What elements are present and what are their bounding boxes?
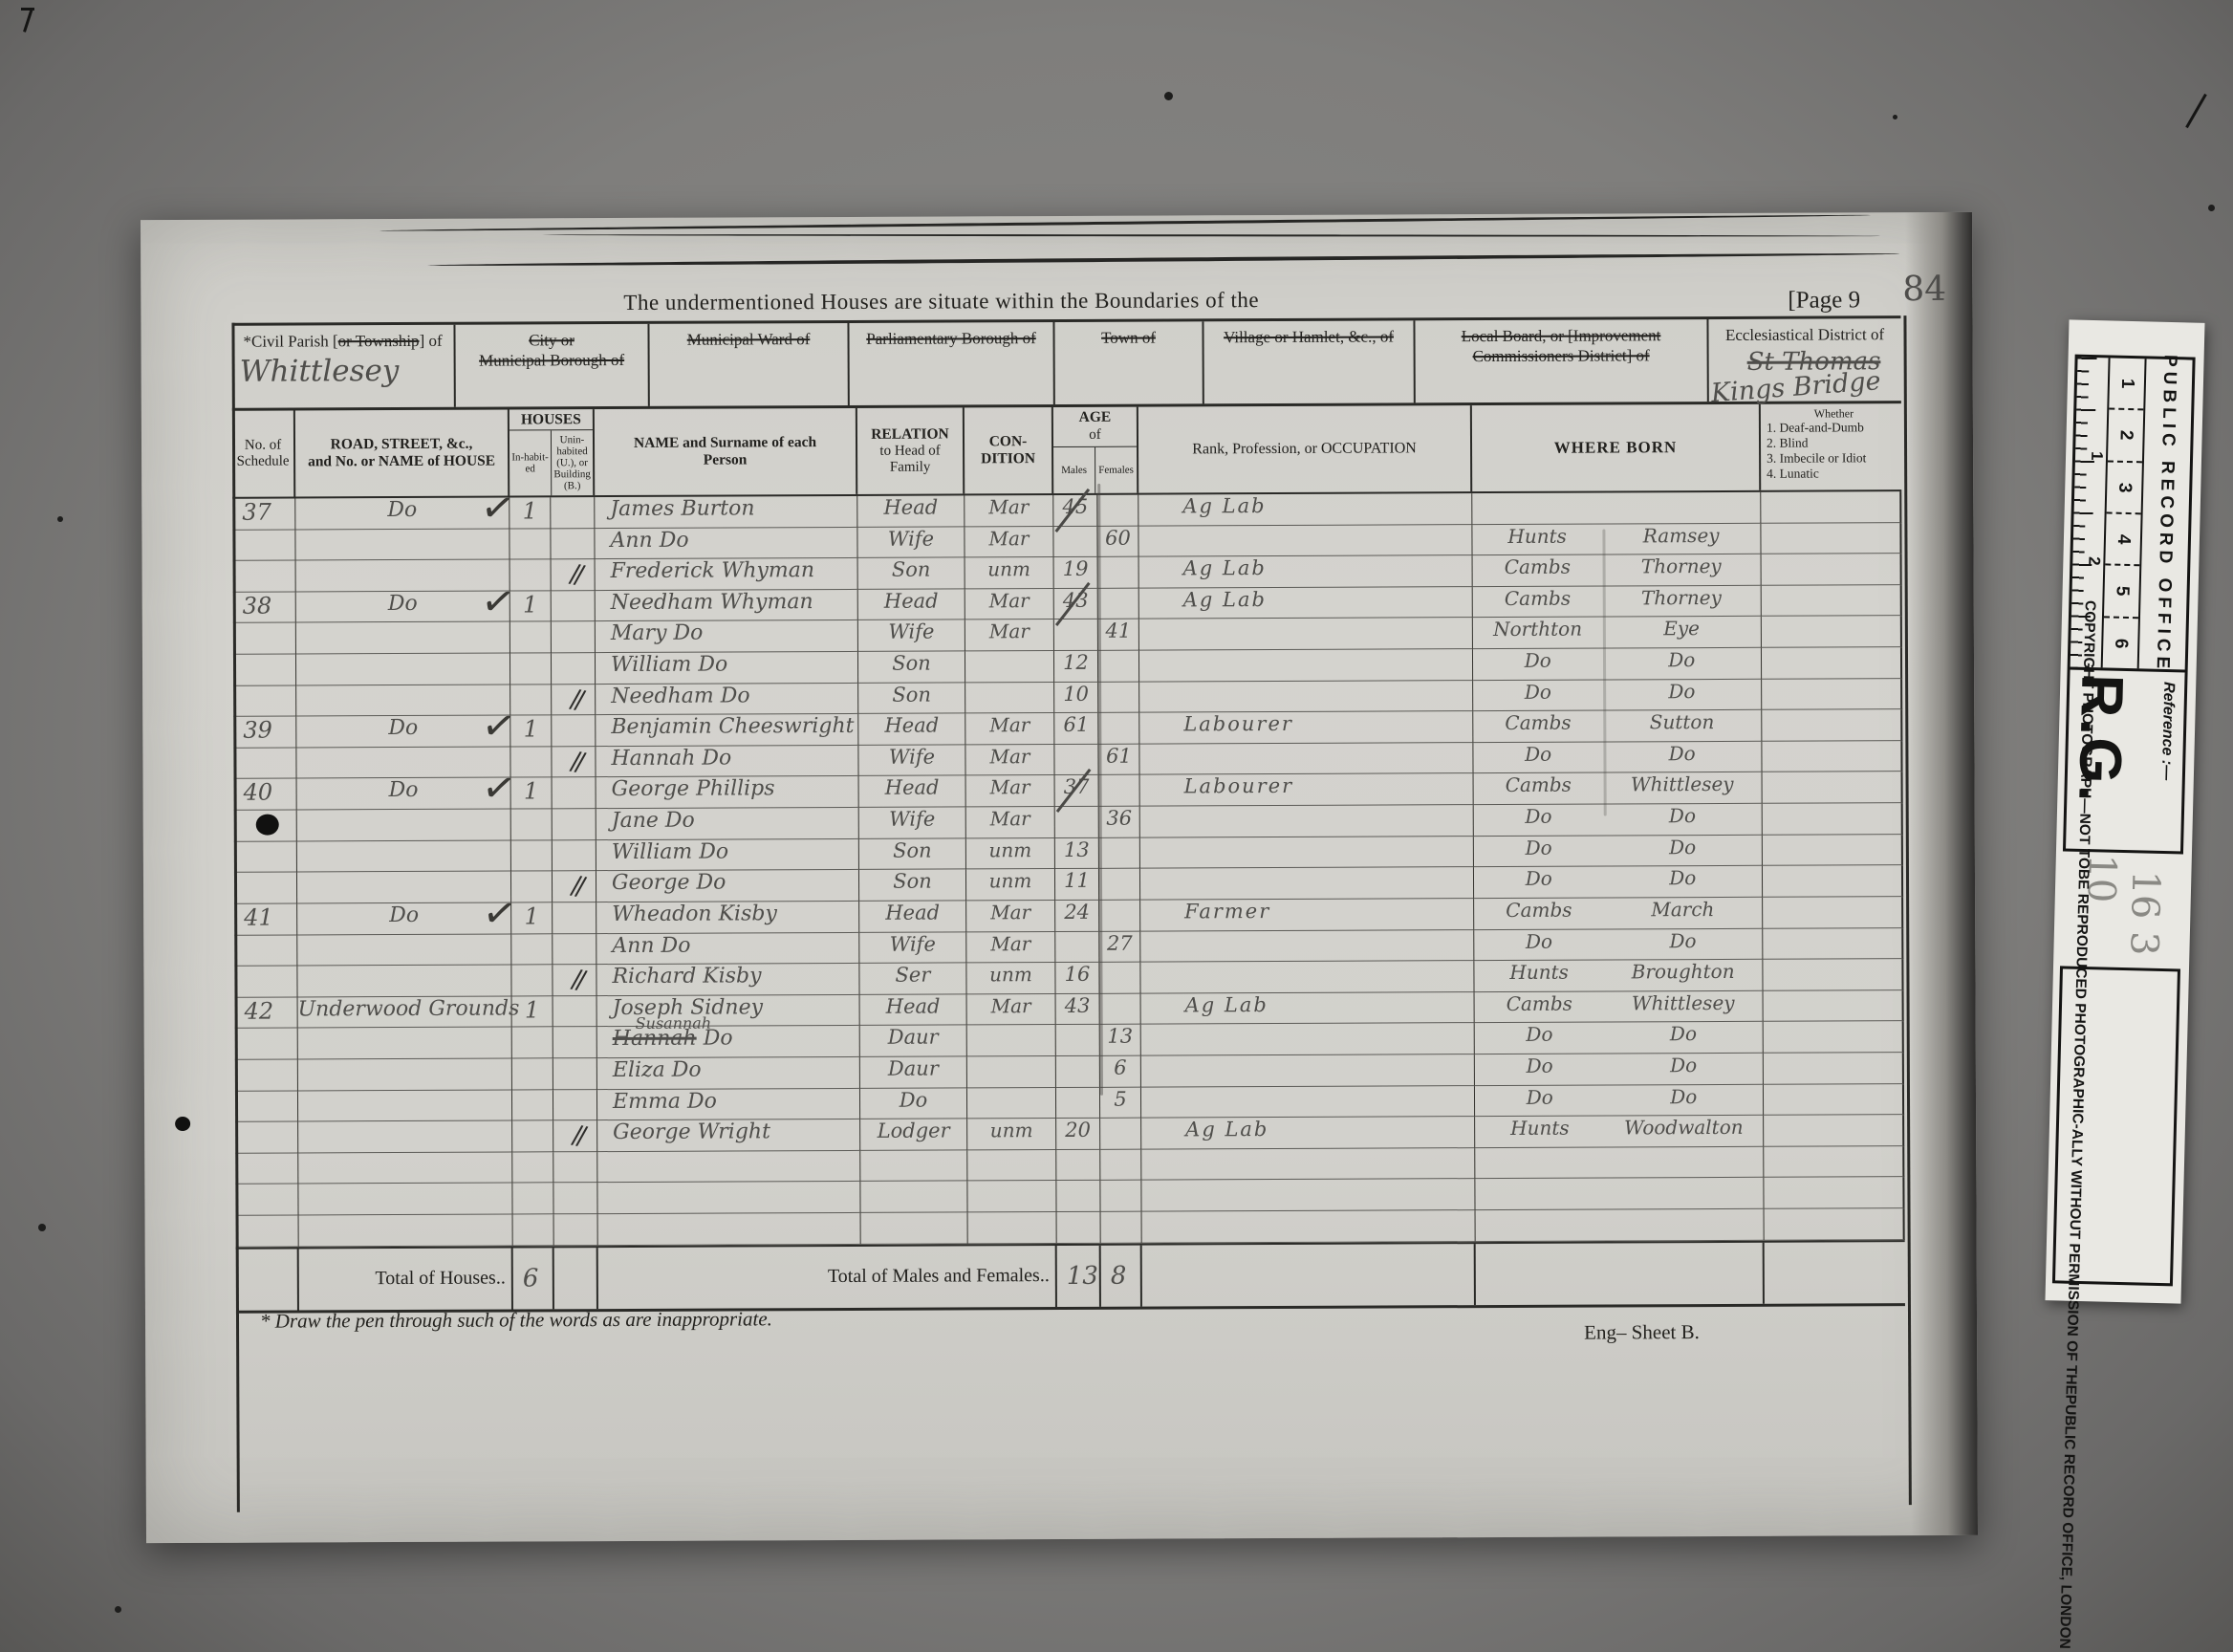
- cell-condition: Mar: [965, 713, 1054, 745]
- col-relation-header: RELATIONto Head ofFamily: [857, 407, 965, 493]
- cell-name: Eliza Do: [597, 1057, 860, 1090]
- cell-uninhabited: [553, 1090, 597, 1121]
- cell-occupation: [1141, 1054, 1475, 1087]
- col-age-header: AGE of Males Females: [1053, 407, 1138, 493]
- cell-relation: Wife: [859, 808, 966, 839]
- cell-name: [598, 1213, 861, 1246]
- cell-schedule: [233, 685, 296, 717]
- cell-age-males: [1055, 931, 1099, 963]
- cell-age-females: [1099, 963, 1140, 994]
- cell-where-born: DoDo: [1475, 1054, 1764, 1086]
- cell-age-females: 60: [1097, 526, 1138, 557]
- cell-road: [296, 654, 510, 686]
- census-table: The undermentioned Houses are situate wi…: [231, 279, 1905, 1313]
- cell-inhabited: [512, 1184, 553, 1215]
- cell-condition: Mar: [966, 901, 1055, 932]
- cell-age-males: 10: [1054, 682, 1098, 713]
- cell-name: Wheadon Kisby: [596, 902, 859, 934]
- cell-where-born: [1475, 1178, 1764, 1210]
- cell-condition: unm: [965, 557, 1054, 589]
- cell-inhabited: [511, 840, 553, 872]
- cell-age-males: [1054, 619, 1098, 651]
- cell-uninhabited: [554, 1214, 598, 1246]
- cell-road: [298, 1152, 512, 1185]
- cell-schedule: [232, 530, 295, 561]
- parish-field: Town of: [1054, 321, 1203, 404]
- cell-inhabited: 1: [511, 778, 553, 810]
- total-houses-label: Total of Houses..: [299, 1248, 513, 1310]
- cell-road: [296, 747, 510, 779]
- cell-relation: Lodger: [860, 1119, 967, 1151]
- cell-schedule: 42: [235, 997, 298, 1029]
- cell-occupation: [1140, 805, 1474, 837]
- cell-occupation: [1140, 930, 1474, 963]
- col-males-header: Males: [1053, 447, 1095, 493]
- cell-name: [597, 1151, 860, 1184]
- ruler-cm-number: 3: [2107, 462, 2142, 514]
- cell-inhabited: [511, 934, 553, 966]
- cell-condition: unm: [966, 963, 1055, 994]
- cell-age-females: [1099, 901, 1140, 932]
- cell-road: [298, 1184, 512, 1216]
- cell-age-males: 16: [1055, 963, 1099, 994]
- cell-age-males: 20: [1056, 1119, 1100, 1150]
- cell-schedule: [234, 967, 297, 998]
- cell-inhabited: [512, 1058, 553, 1090]
- cell-occupation: Ag Lab: [1139, 555, 1473, 588]
- cell-name: ∕∕George Do: [596, 870, 859, 902]
- cell-schedule: [235, 1185, 298, 1216]
- cell-name: Emma Do: [597, 1088, 860, 1120]
- cell-age-females: 13: [1100, 1025, 1141, 1056]
- cell-whether: [1762, 709, 1902, 741]
- cell-road: Do✓: [296, 591, 510, 623]
- cell-inhabited: [509, 529, 551, 560]
- cell-condition: Mar: [965, 589, 1054, 620]
- cell-condition: Mar: [966, 932, 1055, 964]
- cell-inhabited: 1: [512, 996, 553, 1028]
- totals-blank: [1765, 1242, 1905, 1304]
- cell-whether: [1764, 990, 1904, 1022]
- cell-age-males: 43: [1056, 994, 1100, 1026]
- ruler-inch-number: 1: [2087, 451, 2106, 461]
- folio-stamp: 84: [1902, 270, 1946, 309]
- cell-where-born: DoDo: [1474, 804, 1763, 837]
- cell-relation: Head: [859, 901, 966, 932]
- cell-whether: [1762, 647, 1902, 679]
- cell-where-born: DoDo: [1475, 1084, 1764, 1117]
- cell-age-females: 36: [1099, 807, 1140, 838]
- cell-whether: [1765, 1208, 1905, 1240]
- cell-whether: [1763, 835, 1903, 866]
- cell-occupation: Ag Lab: [1141, 992, 1475, 1025]
- cell-whether: [1764, 1053, 1904, 1084]
- cell-age-males: 61: [1054, 713, 1098, 745]
- column-headers: No. ofSchedule ROAD, STREET, &c.,and No.…: [232, 403, 1901, 499]
- cell-age-males: [1056, 1087, 1100, 1119]
- col-whether-header: Whether 1. Deaf-and-Dumb2. Blind3. Imbec…: [1761, 403, 1901, 490]
- cell-whether: [1764, 1022, 1904, 1054]
- cell-age-males: 13: [1055, 838, 1099, 870]
- cell-age-males: 19: [1054, 557, 1098, 589]
- cell-whether: [1762, 679, 1902, 710]
- cell-road: [297, 966, 511, 998]
- cell-road: Do✓: [297, 902, 511, 935]
- cell-where-born: [1476, 1209, 1765, 1242]
- cell-inhabited: [510, 653, 552, 685]
- photographed-census-page: The undermentioned Houses are situate wi…: [0, 0, 2233, 1652]
- parish-field-value: Whittlesey: [240, 354, 400, 389]
- cell-condition: Mar: [967, 994, 1056, 1026]
- cell-whether: [1761, 523, 1901, 554]
- col-road-header: ROAD, STREET, &c.,and No. or NAME of HOU…: [295, 410, 509, 497]
- cell-age-males: [1056, 1150, 1100, 1182]
- ruler-cm-number: 1: [2109, 358, 2144, 410]
- cell-age-females: [1100, 993, 1141, 1025]
- cell-age-females: [1100, 1181, 1141, 1212]
- cell-where-born: DoDo: [1474, 835, 1763, 867]
- cell-age-females: 6: [1100, 1056, 1141, 1088]
- cell-schedule: [234, 873, 297, 904]
- cell-schedule: 40: [234, 779, 297, 811]
- cell-name: ∕∕Needham Do: [596, 684, 858, 716]
- cell-uninhabited: [553, 1058, 597, 1090]
- cell-relation: Wife: [859, 932, 966, 964]
- cell-schedule: [234, 935, 297, 967]
- cell-relation: Wife: [858, 745, 965, 776]
- cell-inhabited: [512, 1090, 553, 1121]
- cell-where-born: HuntsWoodwalton: [1475, 1116, 1764, 1148]
- cell-where-born: DoDo: [1474, 928, 1763, 961]
- cell-uninhabited: [553, 996, 597, 1028]
- cell-uninhabited: [553, 902, 596, 934]
- ruler-inch-number: 2: [2084, 556, 2103, 566]
- cell-relation: Daur: [860, 1056, 967, 1088]
- cell-name: William Do: [596, 839, 859, 872]
- cell-schedule: [233, 748, 296, 779]
- cell-relation: Head: [859, 776, 966, 808]
- cell-uninhabited: [552, 715, 596, 747]
- cell-road: [298, 1028, 512, 1060]
- cell-road: [299, 1215, 513, 1248]
- parish-field: Local Board, or [ImprovementCommissioner…: [1415, 319, 1708, 402]
- cell-uninhabited: [552, 622, 596, 654]
- cell-where-born: [1475, 1147, 1764, 1180]
- cell-relation: Son: [858, 558, 965, 590]
- cell-schedule: [233, 561, 296, 593]
- cell-relation: Daur: [860, 1026, 967, 1057]
- cell-whether: [1762, 585, 1902, 617]
- cell-whether: [1762, 617, 1902, 648]
- cell-inhabited: [510, 622, 552, 654]
- cell-where-born: CambsWhittlesey: [1474, 772, 1763, 805]
- cell-name: Needham Whyman: [596, 590, 858, 622]
- cell-age-males: [1056, 1025, 1100, 1056]
- cell-condition: unm: [967, 1119, 1056, 1150]
- cell-relation: Head: [857, 495, 965, 527]
- cell-whether: [1764, 1084, 1904, 1116]
- total-males-females-label: Total of Males and Females..: [598, 1246, 1057, 1309]
- totals-blank: [1476, 1242, 1765, 1304]
- parish-field-value: Kings Bridge: [1710, 366, 1882, 408]
- cell-relation: Head: [860, 994, 967, 1026]
- cell-uninhabited: [551, 497, 595, 529]
- cell-condition: Mar: [966, 807, 1055, 838]
- ruler-cm-number: 2: [2108, 410, 2143, 463]
- cell-where-born: CambsWhittlesey: [1475, 991, 1764, 1024]
- cell-whether: [1764, 1178, 1904, 1209]
- cell-whether: [1762, 741, 1902, 772]
- cell-schedule: [235, 1029, 298, 1060]
- cell-age-females: 27: [1099, 931, 1140, 963]
- total-females-value: 8: [1101, 1245, 1142, 1306]
- cell-relation: Son: [858, 651, 965, 683]
- cell-age-males: 37: [1055, 775, 1099, 807]
- parish-field: Ecclesiastical District ofSt ThomasKings…: [1708, 318, 1900, 402]
- cell-occupation: [1141, 1148, 1475, 1181]
- cell-inhabited: [512, 1152, 553, 1184]
- cell-age-males: 24: [1055, 901, 1099, 932]
- cell-relation: Head: [858, 589, 965, 620]
- cell-uninhabited: [551, 529, 595, 560]
- parish-field: Municipal Ward of: [649, 323, 849, 406]
- cell-name: George Phillips: [596, 776, 859, 809]
- ink-blot: [256, 815, 279, 836]
- cell-condition: [965, 651, 1054, 683]
- cell-occupation: Ag Lab: [1141, 1117, 1475, 1149]
- col-name-header: NAME and Surname of eachPerson: [595, 408, 857, 495]
- parish-field: City orMunicipal Borough of: [455, 324, 649, 407]
- cell-road: [297, 840, 511, 873]
- table-title-row: The undermentioned Houses are situate wi…: [231, 279, 1900, 323]
- cell-occupation: [1142, 1210, 1476, 1243]
- footnote: * Draw the pen through such of the words…: [260, 1307, 772, 1333]
- totals-blank: [1142, 1244, 1476, 1307]
- cell-uninhabited: [553, 1027, 597, 1058]
- cell-whether: [1764, 1115, 1904, 1146]
- cell-where-born: CambsSutton: [1473, 710, 1762, 743]
- cell-age-females: [1099, 837, 1140, 869]
- cell-name: Ann Do: [595, 528, 857, 560]
- cell-road: [295, 529, 509, 561]
- cell-schedule: [235, 1059, 298, 1091]
- cell-where-born: DoDo: [1475, 1022, 1764, 1054]
- cell-condition: unm: [966, 869, 1055, 901]
- cell-occupation: Farmer: [1140, 899, 1474, 931]
- cell-schedule: 39: [233, 717, 296, 749]
- cell-age-females: [1098, 682, 1139, 713]
- cell-condition: Mar: [965, 527, 1053, 558]
- cell-uninhabited: [553, 778, 596, 810]
- cell-age-females: 61: [1098, 745, 1139, 776]
- cell-age-males: [1053, 526, 1097, 557]
- cell-age-females: [1098, 588, 1139, 619]
- cell-name: ∕∕Frederick Whyman: [596, 558, 858, 591]
- col-condition-header: CON-DITION: [965, 407, 1053, 493]
- cell-occupation: [1138, 525, 1472, 557]
- cell-relation: Wife: [857, 527, 965, 558]
- cell-occupation: [1141, 1180, 1475, 1212]
- cell-name: Benjamin Cheeswright: [596, 714, 858, 747]
- cell-schedule: [233, 623, 296, 655]
- cell-age-males: 43: [1054, 589, 1098, 620]
- cell-whether: [1763, 865, 1903, 897]
- cell-occupation: [1140, 837, 1474, 869]
- cell-where-born: CambsMarch: [1474, 898, 1763, 930]
- cell-age-females: [1098, 651, 1139, 683]
- cell-uninhabited: [553, 1152, 597, 1184]
- cell-uninhabited: [553, 934, 596, 966]
- cell-schedule: 38: [233, 592, 296, 623]
- cell-age-females: [1099, 869, 1140, 901]
- totals-row: Total of Houses.. 6 Total of Males and F…: [236, 1240, 1905, 1314]
- cell-uninhabited: [553, 809, 596, 840]
- cell-where-born: HuntsRamsey: [1472, 523, 1761, 555]
- col-occupation-header: Rank, Profession, or OCCUPATION: [1138, 405, 1472, 493]
- cell-relation: Ser: [859, 964, 966, 995]
- cell-where-born: NorthtonEye: [1473, 617, 1762, 649]
- cell-schedule: 41: [234, 903, 297, 935]
- cell-age-males: [1056, 1181, 1100, 1212]
- cell-inhabited: [513, 1214, 554, 1246]
- cell-whether: [1763, 928, 1903, 960]
- cell-road: [298, 1121, 512, 1154]
- ruler-cm-number: 4: [2105, 513, 2140, 566]
- cell-road: [297, 934, 511, 967]
- page-stack-edge: [1905, 212, 1978, 1535]
- pro-reference-strip: 1 2 123456 PUBLIC RECORD OFFICE R.G. Ref…: [2045, 319, 2204, 1303]
- ink-blot: [175, 1117, 190, 1131]
- total-males-value: 13: [1057, 1245, 1101, 1306]
- cell-inhabited: [512, 1028, 553, 1059]
- cell-where-born: CambsThorney: [1473, 554, 1762, 587]
- cell-age-males: 45: [1053, 495, 1097, 527]
- cell-occupation: Ag Lab: [1139, 587, 1473, 619]
- cell-condition: [967, 1181, 1056, 1212]
- page-number-label: [Page 9: [1788, 287, 1860, 314]
- cell-age-females: 41: [1098, 619, 1139, 651]
- col-houses-header: HOUSES In-habit-ed Unin-habited (U.), or…: [509, 409, 595, 495]
- cell-inhabited: [512, 1120, 553, 1152]
- parish-field: *Civil Parish [or Township] ofWhittlesey: [231, 325, 455, 408]
- cell-condition: [967, 1150, 1056, 1182]
- cell-relation: [860, 1150, 967, 1182]
- cell-whether: [1763, 959, 1903, 990]
- cell-relation: Do: [860, 1088, 967, 1119]
- cell-where-born: HuntsBroughton: [1474, 960, 1763, 992]
- cell-condition: [967, 1025, 1056, 1056]
- cell-road: Do✓: [297, 778, 511, 811]
- totals-blank: [236, 1249, 299, 1310]
- cell-road: [298, 1090, 512, 1122]
- col-born-header: WHERE BORN: [1472, 404, 1761, 491]
- cell-occupation: Ag Lab: [1138, 493, 1472, 526]
- cell-uninhabited: [552, 591, 596, 622]
- total-houses-value: 6: [513, 1248, 554, 1309]
- cell-inhabited: [511, 965, 553, 996]
- col-inhabited-header: In-habit-ed: [509, 430, 552, 495]
- col-schedule-header: No. ofSchedule: [232, 410, 295, 496]
- cell-name: ∕∕Hannah Do: [596, 746, 858, 778]
- cell-road: [296, 685, 510, 717]
- cell-schedule: 37: [232, 498, 295, 530]
- cell-name: James Burton: [595, 496, 857, 529]
- cell-name: Mary Do: [596, 620, 858, 653]
- cell-where-born: CambsThorney: [1473, 586, 1762, 619]
- cell-condition: Mar: [965, 619, 1054, 651]
- cell-whether: [1763, 803, 1903, 835]
- cell-relation: Wife: [858, 620, 965, 652]
- cell-where-born: [1472, 492, 1761, 525]
- cell-age-males: [1057, 1212, 1101, 1244]
- cell-uninhabited: [553, 1184, 597, 1215]
- parish-field: Parliamentary Borough of: [849, 322, 1054, 405]
- cell-relation: [861, 1212, 968, 1244]
- cell-where-born: DoDo: [1473, 679, 1762, 711]
- page-title: The undermentioned Houses are situate wi…: [623, 288, 1259, 315]
- totals-blank: [554, 1248, 598, 1309]
- cell-whether: [1763, 897, 1903, 928]
- cell-uninhabited: [552, 653, 596, 685]
- cell-occupation: Labourer: [1139, 711, 1473, 744]
- cell-condition: Mar: [966, 776, 1055, 808]
- cell-occupation: [1141, 1023, 1475, 1055]
- cell-road: Underwood Grounds: [298, 996, 512, 1029]
- cell-condition: [965, 683, 1054, 714]
- cell-age-females: [1097, 495, 1138, 527]
- cell-where-born: DoDo: [1474, 866, 1763, 899]
- cell-age-males: 11: [1055, 869, 1099, 901]
- cell-condition: [968, 1212, 1057, 1244]
- cell-name: ∕∕George Wright: [597, 1119, 860, 1152]
- cell-whether: [1761, 491, 1901, 523]
- cell-relation: Head: [858, 714, 965, 746]
- cell-condition: [967, 1056, 1056, 1088]
- cell-age-males: [1055, 807, 1099, 838]
- copyright-notice: COPYRIGHT PHOTOGRAPH—NOT TOBE REPRODUCED…: [2052, 966, 2180, 1286]
- cell-relation: Son: [859, 838, 966, 870]
- cell-occupation: [1139, 619, 1473, 651]
- cell-age-males: 12: [1054, 651, 1098, 683]
- parish-field: Village or Hamlet, &c., of: [1203, 320, 1415, 403]
- col-females-header: Females: [1095, 447, 1137, 493]
- cell-occupation: [1139, 743, 1473, 775]
- cell-age-males: [1056, 1056, 1100, 1088]
- cell-name: William Do: [596, 652, 858, 685]
- cell-schedule: [235, 1122, 298, 1154]
- cell-where-born: DoDo: [1473, 648, 1762, 681]
- cell-occupation: [1140, 961, 1474, 993]
- cell-road: [297, 872, 511, 904]
- corner-pen-mark: [21, 8, 34, 11]
- cell-schedule: [235, 1091, 298, 1122]
- cell-age-females: 5: [1100, 1087, 1141, 1119]
- cell-occupation: Labourer: [1140, 774, 1474, 807]
- cell-age-females: [1101, 1212, 1142, 1244]
- cell-whether: [1763, 772, 1903, 804]
- cell-road: [296, 622, 510, 655]
- cell-name: [597, 1182, 860, 1214]
- cell-condition: Mar: [965, 745, 1054, 776]
- cell-name: Jane Do: [596, 808, 859, 840]
- background-scratch: [2185, 94, 2207, 128]
- cell-relation: Son: [859, 870, 966, 902]
- cell-schedule: [235, 1153, 298, 1185]
- cell-relation: Son: [858, 683, 965, 714]
- cell-occupation: [1139, 681, 1473, 713]
- corner-pen-mark: [23, 8, 33, 33]
- cell-inhabited: [511, 809, 553, 840]
